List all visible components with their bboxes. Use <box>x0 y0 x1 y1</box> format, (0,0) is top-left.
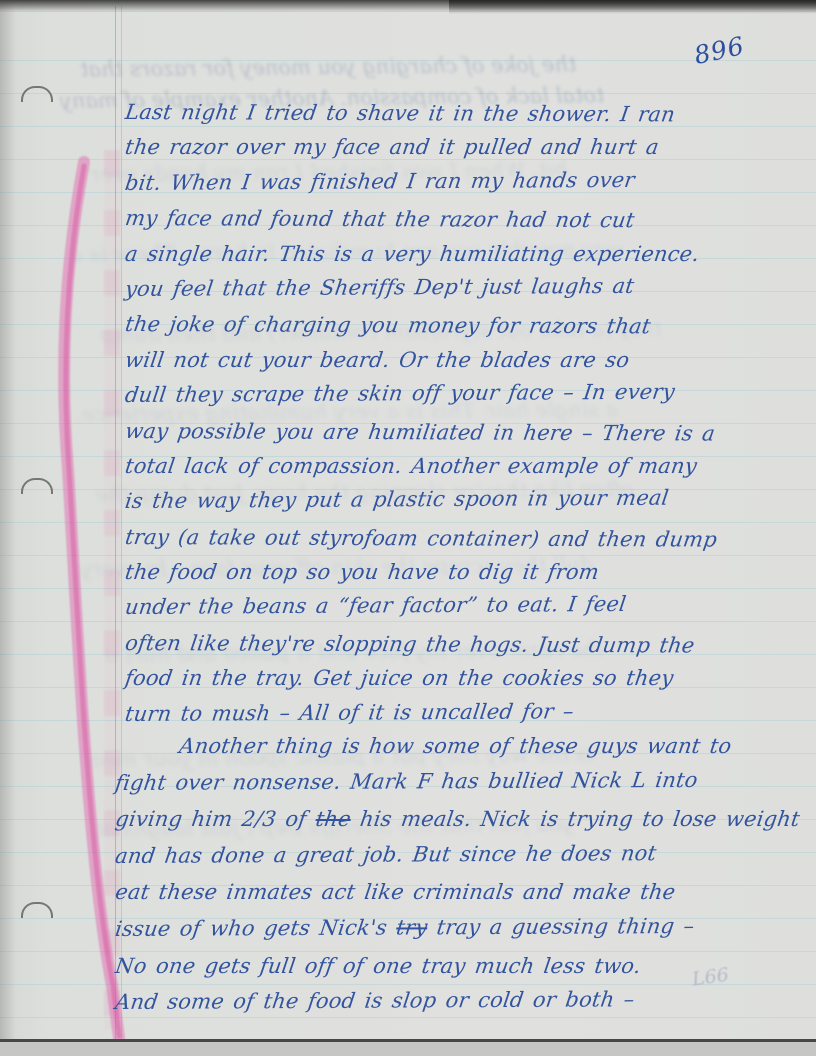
handwritten-line: will not cut your beard. Or the blades a… <box>122 348 807 383</box>
scan-edge-top-right <box>449 0 816 14</box>
line-segment: his meals. Nick is trying to lose weight <box>349 807 801 831</box>
handwritten-line: the razor over my face and it pulled and… <box>122 135 807 170</box>
handwritten-paragraph-2: Another thing is how some of these guys … <box>112 734 802 1027</box>
handwritten-line: issue of who gets Nick's try tray a gues… <box>112 913 807 953</box>
handwritten-line: Last night I tried to shave it in the sh… <box>122 100 807 138</box>
handwritten-line: giving him 2/3 of the his meals. Nick is… <box>112 807 807 844</box>
handwritten-line: Another thing is how some of these guys … <box>112 734 807 771</box>
handwritten-line: No one gets full off of one tray much le… <box>112 954 807 991</box>
handwritten-line: way possible you are humiliated in here … <box>122 419 807 457</box>
handwritten-line: total lack of compassion. Another exampl… <box>122 454 807 489</box>
handwritten-line: dull they scrape the skin off your face … <box>122 379 807 419</box>
crossed-out-word: the <box>314 807 352 831</box>
line-segment: tray a guessing thing – <box>426 914 696 939</box>
crossed-out-word: try <box>395 915 429 939</box>
scanner-background <box>0 1042 816 1056</box>
handwritten-line: fight over nonsense. Mark F has bullied … <box>112 767 807 807</box>
line-segment: giving him 2/3 of <box>114 807 318 831</box>
scan-edge-left <box>0 0 16 1056</box>
handwritten-line: my face and found that the razor had not… <box>122 206 807 244</box>
line-segment: issue of who gets Nick's <box>114 915 398 940</box>
handwritten-line: food in the tray. Get juice on the cooki… <box>122 666 807 701</box>
handwritten-line: bit. When I was finished I ran my hands … <box>122 167 807 207</box>
handwritten-line: you feel that the Sheriffs Dep't just la… <box>122 273 807 313</box>
handwritten-line: the joke of charging you money for razor… <box>122 312 807 350</box>
handwritten-line: a single hair. This is a very humiliatin… <box>122 242 807 277</box>
handwritten-line: tray (a take out styrofoam container) an… <box>122 525 807 563</box>
handwritten-line: is the way they put a plastic spoon in y… <box>122 485 807 525</box>
handwritten-line: and has done a great job. But since he d… <box>112 840 807 880</box>
scanned-handwritten-page: the joke of charging you money for razor… <box>0 0 816 1056</box>
handwritten-line: And some of the food is slop or cold or … <box>112 987 807 1027</box>
handwritten-paragraph-1: Last night I tried to shave it in the sh… <box>122 100 802 737</box>
handwritten-line: the food on top so you have to dig it fr… <box>122 560 807 595</box>
handwritten-line: turn to mush – All of it is uncalled for… <box>122 697 807 737</box>
handwritten-line: under the beans a “fear factor” to eat. … <box>122 591 807 631</box>
handwritten-line: often like they're slopping the hogs. Ju… <box>122 631 807 669</box>
handwritten-line: eat these inmates act like criminals and… <box>112 880 807 917</box>
